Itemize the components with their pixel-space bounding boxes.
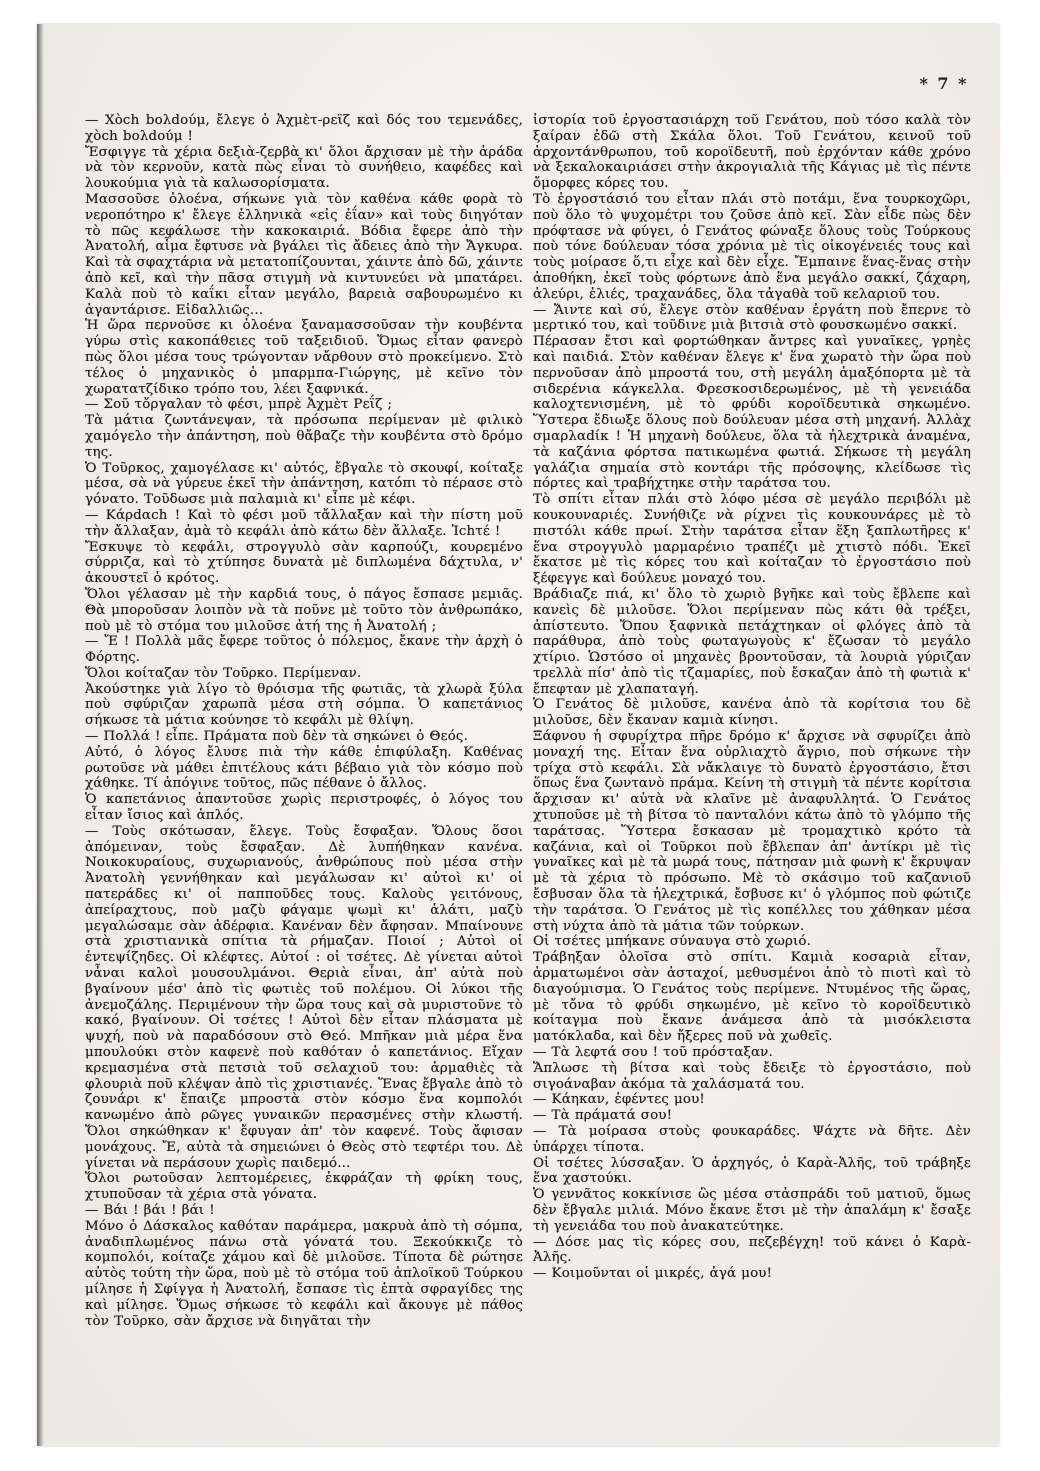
paragraph: Ἔσκυψε τὸ κεφάλι, στρογγυλὸ σὰν καρπούζι… bbox=[85, 540, 523, 587]
paragraph: Τὰ μάτια ζωντάνεψαν, τὰ πρόσωπα περίμενα… bbox=[85, 413, 523, 460]
paragraph: — Τὰ λεφτά σου ! τοῦ πρόσταξαν. bbox=[533, 1045, 971, 1061]
paragraph: — Κάηκαν, ἐφέντες μου! bbox=[533, 1092, 971, 1108]
paragraph: — Χὸch bολdούμ, ἔλεγε ὁ Ἀχμὲτ-ρεΐζ καὶ δ… bbox=[85, 113, 523, 145]
paragraph: — Πολλά ! εἶπε. Πράματα ποὺ δὲν τὰ σηκών… bbox=[85, 729, 523, 745]
paragraph: — Βάι ! βάι ! βάι ! bbox=[85, 1203, 523, 1219]
text-column-right: ἱστορία τοῦ ἐργοστασιάρχη τοῦ Γενάτου, π… bbox=[533, 113, 971, 1368]
paragraph: Ὅλοι γέλασαν μὲ τὴν καρδιά τους, ὁ πάγος… bbox=[85, 587, 523, 634]
paragraph: Τὸ ἐργοστάσιό του εἶταν πλάι στὸ ποτάμι,… bbox=[533, 192, 971, 303]
paragraph: Πέρασαν ἔτσι καὶ φορτώθηκαν ἄντρες καὶ γ… bbox=[533, 334, 971, 492]
paragraph: Μόνο ὁ Δάσκαλος καθόταν παράμερα, μακρυὰ… bbox=[85, 1219, 523, 1330]
paragraph: — Δόσε μας τὶς κόρες σου, πεζεβέγχη! τοῦ… bbox=[533, 1235, 971, 1267]
paragraph: Τὸ σπίτι εἶταν πλάι στὸ λόφο μέσα σὲ μεγ… bbox=[533, 492, 971, 587]
paragraph: — Κοιμοῦνται οἱ μικρές, ἀγά μου! bbox=[533, 1266, 971, 1282]
paragraph: Ὅλοι κοίταζαν τὸν Τοῦρκο. Περίμεναν. bbox=[85, 666, 523, 682]
paragraph: — Σοῦ τὄργαλαν τὸ φέσι, μπρὲ Ἀχμὲτ Ρεΐζ … bbox=[85, 397, 523, 413]
paragraph: — Ἔ ! Πολλὰ μᾶς ἔφερε τοῦτος ὁ πόλεμος, … bbox=[85, 634, 523, 666]
paragraph: Ὅλοι ρωτοῦσαν λεπτομέρειες, ἐκφράζαν τὴ … bbox=[85, 1171, 523, 1203]
paragraph: Ξάφνου ἡ σφυρίχτρα πῆρε δρόμο κ' ἄρχισε … bbox=[533, 729, 971, 934]
text-column-left: — Χὸch bολdούμ, ἔλεγε ὁ Ἀχμὲτ-ρεΐζ καὶ δ… bbox=[85, 113, 523, 1368]
paragraph: Μασσοῦσε ὁλοένα, σήκωνε γιὰ τὸν καθένα κ… bbox=[85, 192, 523, 318]
paragraph: Ἔσφιγγε τὰ χέρια δεξιὰ-ζερβὰ κι' ὅλοι ἄρ… bbox=[85, 145, 523, 192]
paragraph: Οἱ τσέτες λύσσαξαν. Ὁ ἀρχηγός, ὁ Καρὰ-Ἀλ… bbox=[533, 1156, 971, 1188]
paragraph: Ὁ καπετάνιος ἀπαντοῦσε χωρὶς περιστροφές… bbox=[85, 792, 523, 824]
paragraph: — Τοὺς σκότωσαν, ἔλεγε. Τοὺς ἔσφαξαν. Ὅλ… bbox=[85, 824, 523, 1172]
paragraph: Αὐτό, ὁ λόγος ἔλυσε πιὰ τὴν κάθε ἐπιφύλα… bbox=[85, 745, 523, 792]
paragraph: ἱστορία τοῦ ἐργοστασιάρχη τοῦ Γενάτου, π… bbox=[533, 113, 971, 192]
scanned-page: * 7 * — Χὸch bολdούμ, ἔλεγε ὁ Ἀχμὲτ-ρεΐζ… bbox=[37, 24, 999, 1446]
paragraph: Βράδιαζε πιά, κι' ὅλο τὸ χωριὸ βγῆκε καὶ… bbox=[533, 587, 971, 698]
paragraph: Ὁ Γενάτος δὲ μιλοῦσε, κανένα ἀπὸ τὰ κορί… bbox=[533, 697, 971, 729]
paragraph: — Τὰ πράματά σου! bbox=[533, 1108, 971, 1124]
page-number: * 7 * bbox=[899, 74, 989, 93]
paragraph: — Τὰ μοίρασα στοὺς φουκαράδες. Ψάχτε νὰ … bbox=[533, 1124, 971, 1156]
paragraph: Τράβηξαν ὁλοῖσα στὸ σπίτι. Καμιὰ κοσαριὰ… bbox=[533, 950, 971, 1045]
paragraph: Ὁ γεννᾶτος κοκκίνισε ὣς μέσα στἀσπράδι τ… bbox=[533, 1187, 971, 1234]
scan-edge-shadow bbox=[37, 24, 44, 1446]
paragraph: — Κάρdαch ! Καὶ τὸ φέσι μοῦ τἄλλαξαν καὶ… bbox=[85, 508, 523, 540]
paragraph: Ἡ ὥρα περνοῦσε κι ὁλοένα ξαναμασσοῦσαν τ… bbox=[85, 318, 523, 397]
paragraph: — Ἄιντε καὶ σύ, ἔλεγε στὸν καθέναν ἐργάτ… bbox=[533, 303, 971, 335]
paragraph: Ἀκούστηκε γιὰ λίγο τὸ θρόισμα τῆς φωτιᾶς… bbox=[85, 682, 523, 729]
paragraph: Ἅπλωσε τὴ βίτσα καὶ τοὺς ἔδειξε τὸ ἐργοσ… bbox=[533, 1061, 971, 1093]
scanned-book-page-view: * 7 * — Χὸch bολdούμ, ἔλεγε ὁ Ἀχμὲτ-ρεΐζ… bbox=[0, 0, 1040, 1471]
paragraph: Οἱ τσέτες μπήκανε σύναυγα στὸ χωριό. bbox=[533, 934, 971, 950]
paragraph: Ὁ Τοῦρκος, χαμογέλασε κι' αὐτός, ἔβγαλε … bbox=[85, 461, 523, 508]
